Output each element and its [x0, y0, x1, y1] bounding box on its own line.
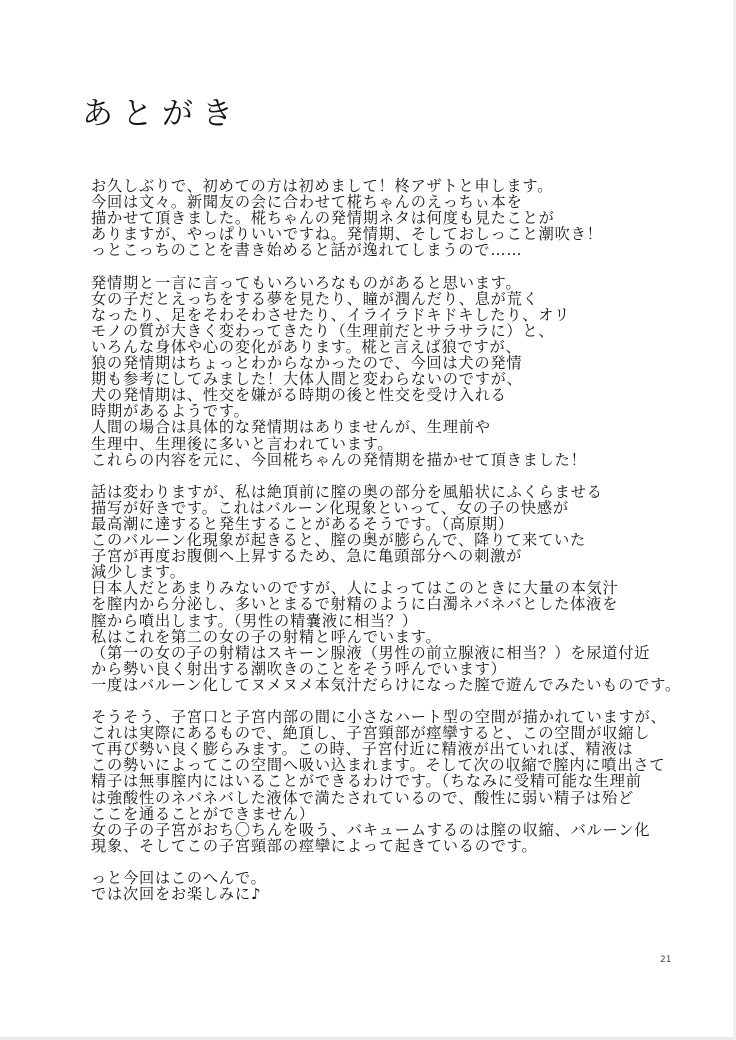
paragraph-closing: っと今回はこのへんで。 では次回をお楽しみに♪ [91, 870, 721, 902]
text-line: そうそう、子宮口と子宮内部の間に小さなハート型の空間が描かれていますが、 [91, 709, 721, 725]
text-line: このバルーン化現象が起きると、膣の奥が膨らんで、降りて来ていた [91, 532, 721, 548]
text-line: 精子は無事膣内にはいることができるわけです。（ちなみに受精可能な生理前 [91, 773, 721, 789]
text-line: 描写が好きです。これはバルーン化現象といって、女の子の快感が [91, 500, 721, 516]
text-line: モノの質が大きく変わってきたり（生理前だとサラサラに）と、 [91, 323, 721, 339]
text-line: これは実際にあるもので、絶頂し、子宮頸部が痙攣すると、この空間が収縮し [91, 725, 721, 741]
text-line: 女の子の子宮がおち〇ちんを吸う、バキュームするのは膣の収縮、バルーン化 [91, 822, 721, 838]
text-line: 現象、そしてこの子宮頸部の痙攣によって起きているのです。 [91, 838, 721, 854]
text-line: これらの内容を元に、今回椛ちゃんの発情期を描かせて頂きました！ [91, 452, 721, 468]
afterword-body: お久しぶりで、初めての方は初めまして！柊アザトと申します。 今回は文々。新聞友の… [91, 178, 721, 902]
paragraph-heat-period: 発情期と一言に言ってもいろいろなものがあると思います。 女の子だとえっちをする夢… [91, 275, 721, 468]
text-line: 一度はバルーン化してヌメヌメ本気汁だらけになった膣で遊んでみたいものです。 [91, 677, 721, 693]
text-line: っとこっちのことを書き始めると話が逸れてしまうので…… [91, 242, 721, 258]
text-line: 発情期と一言に言ってもいろいろなものがあると思います。 [91, 275, 721, 291]
text-line: は強酸性のネバネバした液体で満たされているので、酸性に弱い精子は殆ど [91, 790, 721, 806]
text-line: 人間の場合は具体的な発情期はありませんが、生理前や [91, 419, 721, 435]
paragraph-greeting: お久しぶりで、初めての方は初めまして！柊アザトと申します。 今回は文々。新聞友の… [91, 178, 721, 258]
text-line: から勢い良く射出する潮吹きのことをそう呼んでいます） [91, 661, 721, 677]
text-line: 膣から噴出します。（男性の精嚢液に相当？） [91, 613, 721, 629]
paragraph-spacer [91, 854, 721, 870]
afterword-page: あとがき お久しぶりで、初めての方は初めまして！柊アザトと申します。 今回は文々… [0, 0, 736, 1040]
paragraph-spacer [91, 468, 721, 484]
text-line: 狼の発情期はちょっとわからなかったので、今回は犬の発情 [91, 355, 721, 371]
paragraph-balloon: 話は変わりますが、私は絶頂前に膣の奥の部分を風船状にふくらませる 描写が好きです… [91, 484, 721, 693]
text-line: この勢いによってこの空間へ吸い込まれます。そして次の収縮で膣内に噴出さて [91, 757, 721, 773]
text-line: いろんな身体や心の変化があります。椛と言えば狼ですが、 [91, 339, 721, 355]
text-line: 女の子だとえっちをする夢を見たり、瞳が潤んだり、息が荒く [91, 291, 721, 307]
text-line: では次回をお楽しみに♪ [91, 886, 721, 902]
text-line: 私はこれを第二の女の子の射精と呼んでいます。 [91, 629, 721, 645]
text-line: 子宮が再度お腹側へ上昇するため、急に亀頭部分への刺激が [91, 548, 721, 564]
text-line: 犬の発情期は、性交を嫌がる時期の後と性交を受け入れる [91, 387, 721, 403]
text-line: 日本人だとあまりみないのですが、人によってはこのときに大量の本気汁 [91, 580, 721, 596]
paragraph-spacer [91, 258, 721, 274]
text-line: 今回は文々。新聞友の会に合わせて椛ちゃんのえっちぃ本を [91, 194, 721, 210]
text-line: 描かせて頂きました。椛ちゃんの発情期ネタは何度も見たことが [91, 210, 721, 226]
text-line: 最高潮に達すると発生することがあるそうです。（高原期） [91, 516, 721, 532]
text-line: て再び勢い良く膨らみます。この時、子宮付近に精液が出ていれば、精液は [91, 741, 721, 757]
paragraph-heart-space: そうそう、子宮口と子宮内部の間に小さなハート型の空間が描かれていますが、 これは… [91, 709, 721, 854]
text-line: を膣内から分泌し、多いとまるで射精のように白濁ネバネバとした体液を [91, 596, 721, 612]
text-line: ここを通ることができません） [91, 806, 721, 822]
paragraph-spacer [91, 693, 721, 709]
text-line: ありますが、やっぱりいいですね。発情期、そしておしっこと潮吹き！ [91, 226, 721, 242]
text-line: 生理中、生理後に多いと言われています。 [91, 436, 721, 452]
text-line: なったり、足をそわそわさせたり、イライラドキドキしたり、オリ [91, 307, 721, 323]
page-title: あとがき [82, 88, 242, 133]
text-line: 減少します。 [91, 564, 721, 580]
text-line: 期も参考にしてみました！大体人間と変わらないのですが、 [91, 371, 721, 387]
text-line: っと今回はこのへんで。 [91, 870, 721, 886]
text-line: （第一の女の子の射精はスキーン腺液（男性の前立腺液に相当？）を尿道付近 [91, 645, 721, 661]
text-line: 時期があるようです。 [91, 403, 721, 419]
text-line: お久しぶりで、初めての方は初めまして！柊アザトと申します。 [91, 178, 721, 194]
text-line: 話は変わりますが、私は絶頂前に膣の奥の部分を風船状にふくらませる [91, 484, 721, 500]
page-number: 21 [660, 955, 671, 965]
